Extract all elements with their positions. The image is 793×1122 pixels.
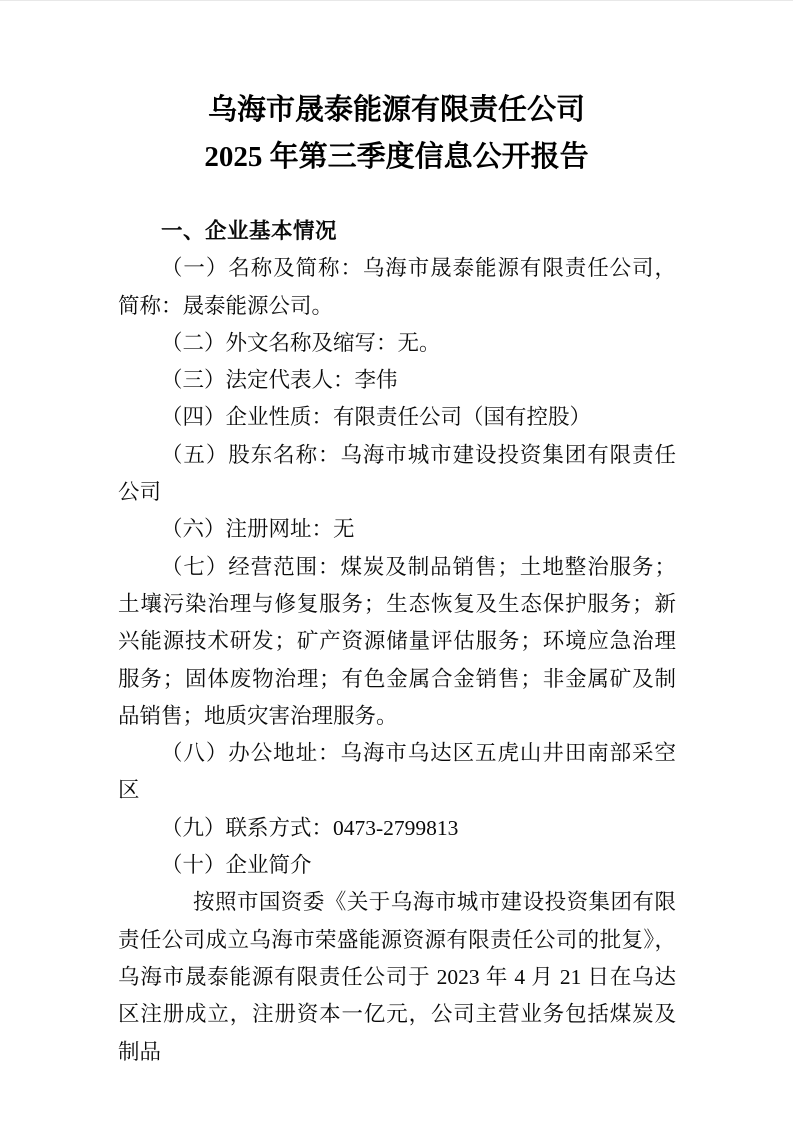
- paragraph-item-6: （六）注册网址：无: [118, 511, 676, 548]
- title-line-1: 乌海市晟泰能源有限责任公司: [0, 87, 793, 134]
- document-title: 乌海市晟泰能源有限责任公司 2025 年第三季度信息公开报告: [0, 1, 793, 181]
- paragraph-item-10: （十）企业简介: [118, 847, 676, 884]
- paragraph-item-7: （七）经营范围：煤炭及制品销售；土地整治服务；土壤污染治理与修复服务；生态恢复及…: [118, 549, 676, 735]
- intro-paragraph: 按照市国资委《关于乌海市城市建设投资集团有限责任公司成立乌海市荣盛能源资源有限责…: [118, 884, 676, 1070]
- paragraph-item-5: （五）股东名称：乌海市城市建设投资集团有限责任公司: [118, 437, 676, 512]
- paragraph-item-4: （四）企业性质：有限责任公司（国有控股）: [118, 399, 676, 436]
- section-heading: 一、企业基本情况: [118, 213, 676, 250]
- document-body: 一、企业基本情况 （一）名称及简称：乌海市晟泰能源有限责任公司，简称：晟泰能源公…: [118, 213, 676, 1071]
- document-page: 乌海市晟泰能源有限责任公司 2025 年第三季度信息公开报告 一、企业基本情况 …: [0, 0, 793, 1122]
- paragraph-item-2: （二）外文名称及缩写：无。: [118, 325, 676, 362]
- paragraph-item-1: （一）名称及简称：乌海市晟泰能源有限责任公司，简称：晟泰能源公司。: [118, 250, 676, 325]
- paragraph-item-3: （三）法定代表人：李伟: [118, 362, 676, 399]
- paragraph-item-8: （八）办公地址：乌海市乌达区五虎山井田南部采空区: [118, 735, 676, 810]
- title-line-2: 2025 年第三季度信息公开报告: [0, 134, 793, 181]
- paragraph-item-9: （九）联系方式：0473-2799813: [118, 810, 676, 847]
